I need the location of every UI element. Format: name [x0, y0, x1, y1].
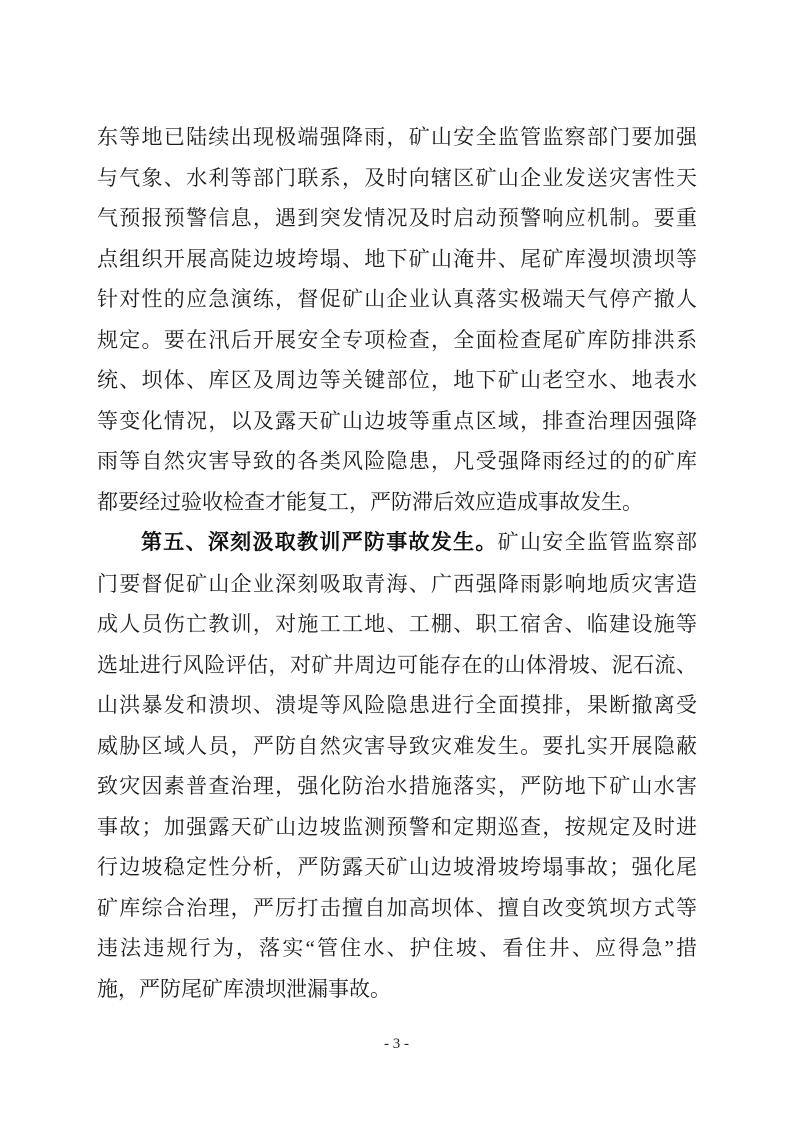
text-line: 针对性的应急演练，督促矿山企业认真落实极端天气停产撤人: [97, 279, 697, 320]
text-line: 雨等自然灾害导致的各类风险隐患，凡受强降雨经过的的矿库: [97, 441, 697, 482]
text-line: 山洪暴发和溃坝、溃堤等风险隐患进行全面摸排，果断撤离受: [97, 685, 697, 726]
text-line: 成人员伤亡教训，对施工工地、工棚、职工宿舍、临建设施等: [97, 604, 697, 645]
paragraph-section-five: 第五、深刻汲取教训严防事故发生。矿山安全监管监察部 门要督促矿山企业深刻吸取青海…: [97, 522, 697, 1009]
text-line: 施，严防尾矿库溃坝泄漏事故。: [97, 969, 697, 1010]
text-line: 等变化情况，以及露天矿山边坡等重点区域，排查治理因强降: [97, 401, 697, 442]
text-line: 规定。要在汛后开展安全专项检查，全面检查尾矿库防排洪系: [97, 320, 697, 361]
text-line: 违法违规行为，落实“管住水、护住坡、看住井、应得急”措: [97, 928, 697, 969]
paragraph-continuation: 东等地已陆续出现极端强降雨，矿山安全监管监察部门要加强 与气象、水利等部门联系，…: [97, 117, 697, 522]
text-line: 威胁区域人员，严防自然灾害导致灾难发生。要扎实开展隐蔽: [97, 726, 697, 767]
text-line: 东等地已陆续出现极端强降雨，矿山安全监管监察部门要加强: [97, 117, 697, 158]
page-number: - 3 -: [0, 1034, 793, 1054]
text-line: 致灾因素普查治理，强化防治水措施落实，严防地下矿山水害: [97, 766, 697, 807]
text-line: 第五、深刻汲取教训严防事故发生。矿山安全监管监察部: [97, 522, 697, 564]
text-line: 统、坝体、库区及周边等关键部位，地下矿山老空水、地表水: [97, 360, 697, 401]
document-page: 东等地已陆续出现极端强降雨，矿山安全监管监察部门要加强 与气象、水利等部门联系，…: [0, 0, 793, 1122]
section-heading-bold: 第五、深刻汲取教训严防事故发生。: [141, 531, 498, 554]
text-line: 事故；加强露天矿山边坡监测预警和定期巡查，按规定及时进: [97, 807, 697, 848]
section-first-line-rest: 矿山安全监管监察部: [498, 530, 697, 554]
text-line: 矿库综合治理，严厉打击擅自加高坝体、擅自改变筑坝方式等: [97, 888, 697, 929]
text-line: 点组织开展高陡边坡垮塌、地下矿山淹井、尾矿库漫坝溃坝等: [97, 239, 697, 280]
text-line: 气预报预警信息，遇到突发情况及时启动预警响应机制。要重: [97, 198, 697, 239]
text-line: 门要督促矿山企业深刻吸取青海、广西强降雨影响地质灾害造: [97, 564, 697, 605]
text-line: 选址进行风险评估，对矿井周边可能存在的山体滑坡、泥石流、: [97, 645, 697, 686]
document-body: 东等地已陆续出现极端强降雨，矿山安全监管监察部门要加强 与气象、水利等部门联系，…: [97, 117, 697, 1009]
text-line: 行边坡稳定性分析，严防露天矿山边坡滑坡垮塌事故；强化尾: [97, 847, 697, 888]
text-line: 与气象、水利等部门联系，及时向辖区矿山企业发送灾害性天: [97, 158, 697, 199]
text-line: 都要经过验收检查才能复工，严防滞后效应造成事故发生。: [97, 482, 697, 523]
